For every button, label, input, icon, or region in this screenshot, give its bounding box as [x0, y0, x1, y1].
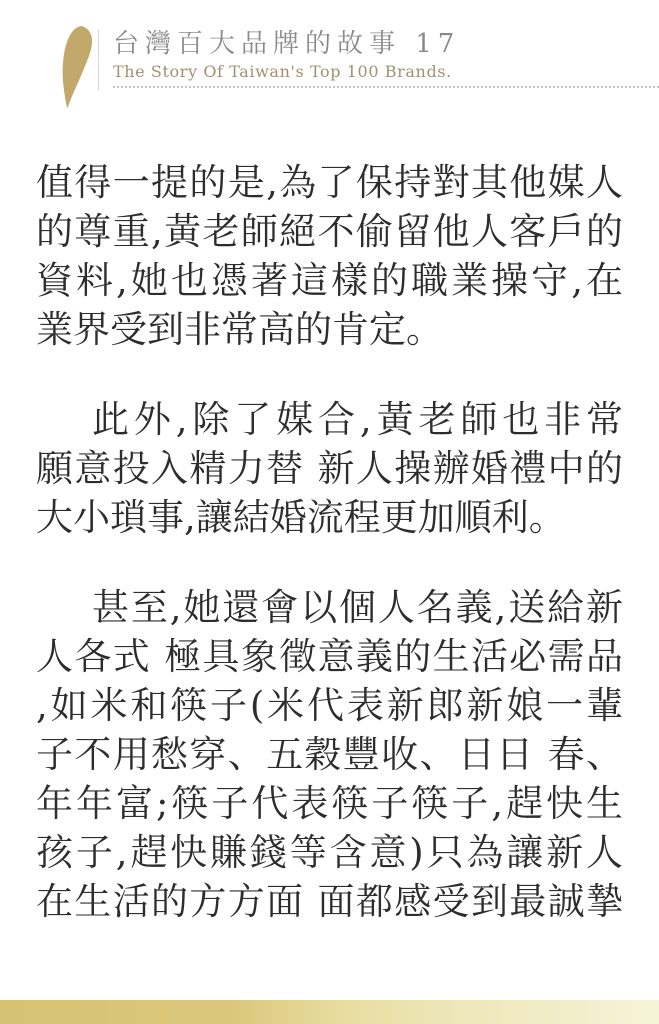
- text-line: 願意投入精力替 新人操辦婚禮中的: [36, 444, 623, 493]
- text-line: ,如米和筷子(米代表新郎新娘一輩: [36, 681, 623, 730]
- text-line: 人各式 極具象徵意義的生活必需品: [36, 632, 623, 681]
- paragraph-3: 甚至,她還會以個人名義,送給新 人各式 極具象徵意義的生活必需品 ,如米和筷子(…: [36, 583, 623, 926]
- text-line: 子不用愁穿、五穀豐收、日日 春、: [36, 730, 623, 779]
- text-line: 的尊重,黃老師絕不偷留他人客戶的: [36, 207, 623, 256]
- text-line: 孩子,趕快賺錢等含意)只為讓新人: [36, 828, 623, 877]
- page-header: 台灣百大品牌的故事 17 The Story Of Taiwan's Top 1…: [58, 22, 659, 117]
- text-line: 資料,她也憑著這樣的職業操守,在: [36, 256, 623, 305]
- text-line: 此外,除了媒合,黃老師也非常: [36, 395, 623, 444]
- paragraph-1: 值得一提的是,為了保持對其他媒人 的尊重,黃老師絕不偷留他人客戶的 資料,她也憑…: [36, 158, 623, 354]
- header-divider: [98, 30, 99, 90]
- header-text-block: 台灣百大品牌的故事 17 The Story Of Taiwan's Top 1…: [113, 28, 659, 88]
- text-line: 大小瑣事,讓結婚流程更加順利。: [36, 493, 623, 542]
- document-page: 台灣百大品牌的故事 17 The Story Of Taiwan's Top 1…: [0, 0, 659, 1024]
- text-line: 甚至,她還會以個人名義,送給新: [36, 583, 623, 632]
- dotted-rule: [113, 86, 659, 88]
- taiwan-island-icon: [58, 25, 98, 109]
- page-title: 台灣百大品牌的故事 17: [113, 28, 659, 60]
- text-line: 業界受到非常高的肯定。: [36, 305, 623, 354]
- page-subtitle: The Story Of Taiwan's Top 100 Brands.: [113, 62, 659, 82]
- text-line: 年年富;筷子代表筷子筷子,趕快生: [36, 779, 623, 828]
- footer-gradient-bar: [0, 1000, 659, 1024]
- article-body: 值得一提的是,為了保持對其他媒人 的尊重,黃老師絕不偷留他人客戶的 資料,她也憑…: [36, 158, 623, 926]
- paragraph-2: 此外,除了媒合,黃老師也非常 願意投入精力替 新人操辦婚禮中的 大小瑣事,讓結婚…: [36, 395, 623, 542]
- text-line: 在生活的方方面 面都感受到最誠摯: [36, 877, 623, 926]
- text-line: 值得一提的是,為了保持對其他媒人: [36, 158, 623, 207]
